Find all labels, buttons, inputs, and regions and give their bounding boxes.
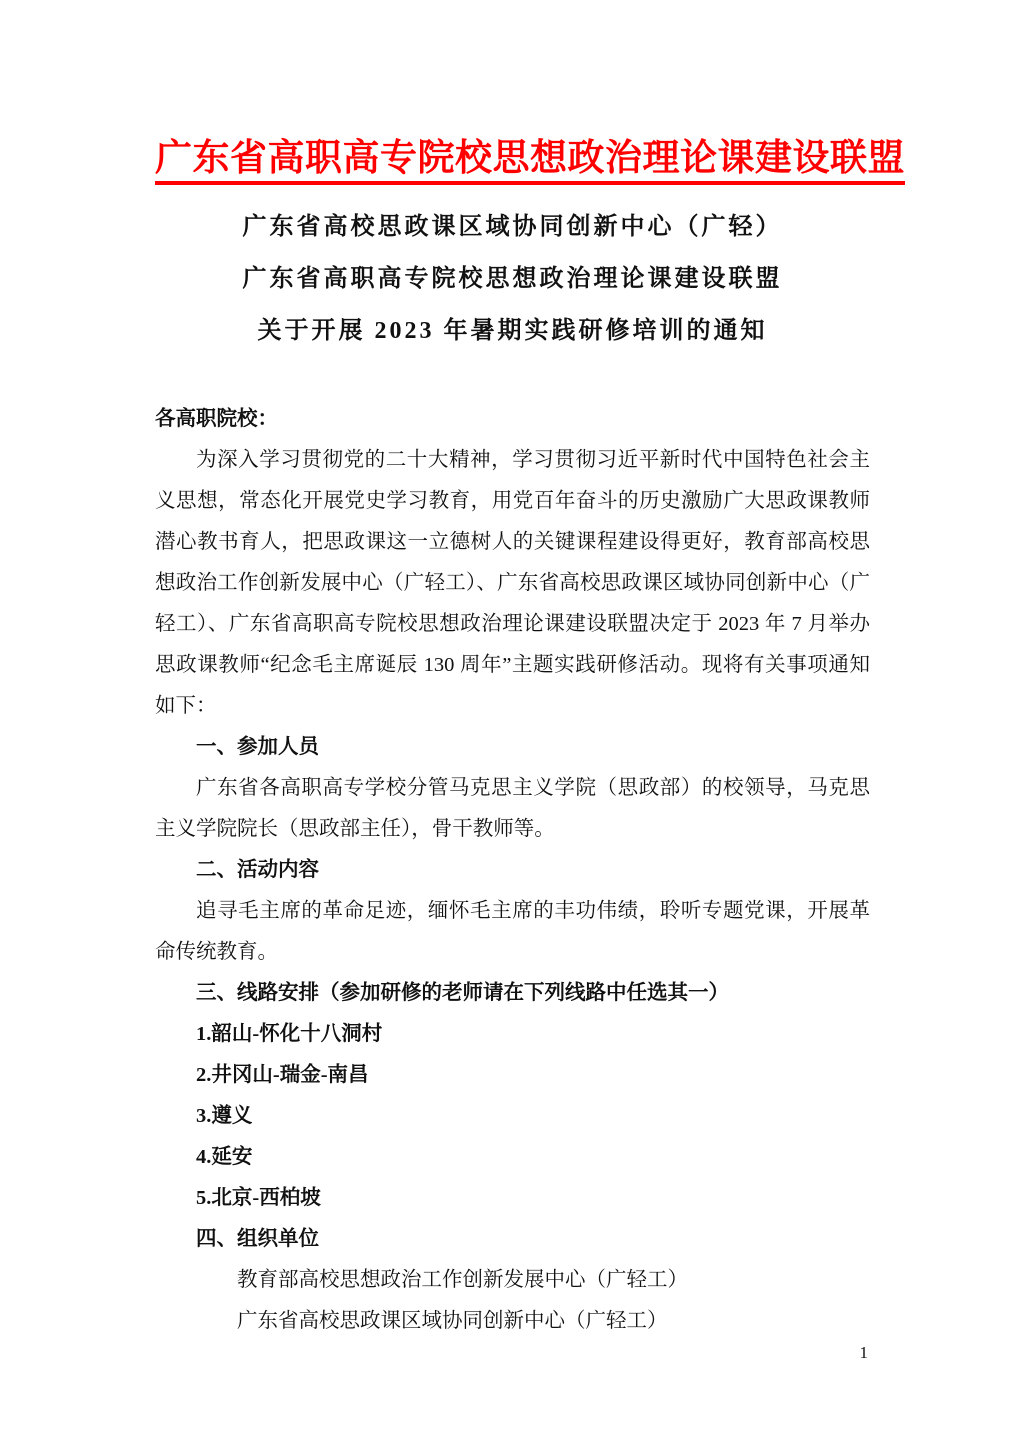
organizer-2: 广东省高校思政课区域协同创新中心（广轻工）: [155, 1301, 870, 1342]
league-banner: 广东省高职高专院校思想政治理论课建设联盟: [155, 136, 870, 185]
section-2-paragraph: 追寻毛主席的革命足迹，缅怀毛主席的丰功伟绩，聆听专题党课，开展革命传统教育。: [155, 891, 870, 973]
section-3-heading: 三、线路安排（参加研修的老师请在下列线路中任选其一）: [155, 973, 870, 1014]
route-option-3: 3.遵义: [155, 1096, 870, 1137]
section-1-heading: 一、参加人员: [155, 727, 870, 768]
notice-title: 关于开展 2023 年暑期实践研修培训的通知: [155, 305, 870, 357]
intro-paragraph: 为深入学习贯彻党的二十大精神，学习贯彻习近平新时代中国特色社会主义思想，常态化开…: [155, 440, 870, 727]
organizer-1: 教育部高校思想政治工作创新发展中心（广轻工）: [155, 1260, 870, 1301]
document-content: 广东省高职高专院校思想政治理论课建设联盟 广东省高校思政课区域协同创新中心（广轻…: [155, 0, 870, 1342]
route-option-2: 2.井冈山-瑞金-南昌: [155, 1055, 870, 1096]
salutation: 各高职院校：: [155, 399, 870, 440]
page-number: 1: [860, 1342, 869, 1364]
subtitle-league-name: 广东省高职高专院校思想政治理论课建设联盟: [155, 253, 870, 305]
notice-body: 各高职院校： 为深入学习贯彻党的二十大精神，学习贯彻习近平新时代中国特色社会主义…: [155, 399, 870, 1342]
route-option-5: 5.北京-西柏坡: [155, 1178, 870, 1219]
section-4-heading: 四、组织单位: [155, 1219, 870, 1260]
league-banner-title: 广东省高职高专院校思想政治理论课建设联盟: [155, 136, 905, 185]
route-option-1: 1.韶山-怀化十八洞村: [155, 1014, 870, 1055]
document-page: 广东省高职高专院校思想政治理论课建设联盟 广东省高校思政课区域协同创新中心（广轻…: [0, 0, 1024, 1448]
section-1-paragraph: 广东省各高职高专学校分管马克思主义学院（思政部）的校领导，马克思主义学院院长（思…: [155, 768, 870, 850]
document-headings: 广东省高校思政课区域协同创新中心（广轻） 广东省高职高专院校思想政治理论课建设联…: [155, 201, 870, 357]
section-2-heading: 二、活动内容: [155, 850, 870, 891]
route-option-4: 4.延安: [155, 1137, 870, 1178]
subtitle-center-name: 广东省高校思政课区域协同创新中心（广轻）: [155, 201, 870, 253]
